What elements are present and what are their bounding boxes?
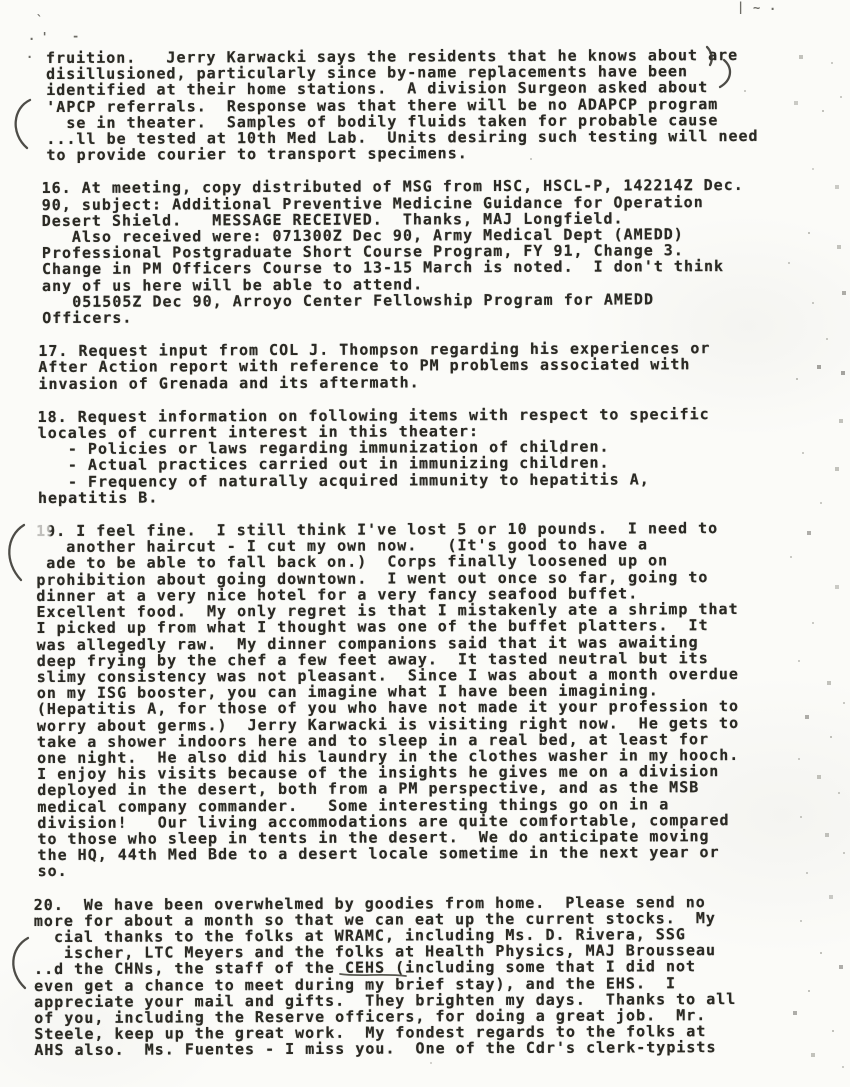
- scan-artifact-mark: .: [769, 0, 776, 12]
- paragraph-17: 17. Request input from COL J. Thompson r…: [38, 340, 817, 392]
- paragraph-19: 19. I feel fine. I still think I've lost…: [36, 520, 820, 880]
- scan-artifact-mark: ': [41, 31, 48, 43]
- scan-artifact-mark: ·: [28, 33, 35, 45]
- scan-noise-speckle: [0, 0, 2, 2]
- scan-artifact-mark: -: [72, 30, 79, 42]
- paragraph-fruition-continuation: fruition. Jerry Karwacki says the reside…: [46, 47, 816, 164]
- scanned-letter-page: fruition. Jerry Karwacki says the reside…: [0, 0, 850, 1087]
- left-paren-pen-mark-para19: [9, 525, 24, 580]
- scan-artifact-mark: `: [36, 14, 43, 26]
- paragraph-18: 18. Request information on following ite…: [38, 405, 818, 506]
- paragraph-20: 20. We have been overwhelmed by goodies …: [34, 893, 821, 1058]
- left-paren-pen-mark-para20: [13, 938, 28, 988]
- paragraph-16: 16. At meeting, copy distributed of MSG …: [42, 177, 818, 326]
- scan-artifact-mark: ·: [26, 51, 33, 63]
- left-paren-pen-mark-adapcp: [16, 100, 30, 148]
- scan-artifact-mark: ~: [753, 2, 760, 14]
- letter-body: fruition. Jerry Karwacki says the reside…: [36, 47, 820, 1059]
- scan-artifact-mark: |: [737, 1, 744, 13]
